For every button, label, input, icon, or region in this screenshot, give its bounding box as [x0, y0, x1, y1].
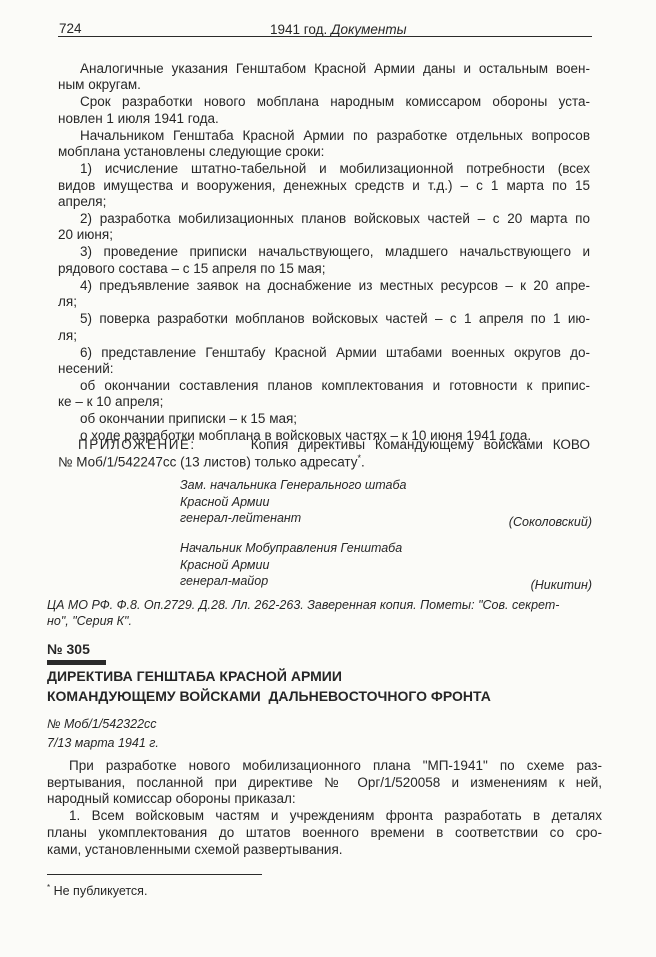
paragraph-line: об окончании приписки – к 15 мая;	[80, 411, 297, 426]
paragraph-line: ля;	[58, 294, 77, 309]
signature-title-line: генерал-лейтенант	[180, 511, 301, 525]
document-ref-number: № Моб/1/542322сс	[47, 717, 157, 731]
document-title-line-1: ДИРЕКТИВА ГЕНШТАБА КРАСНОЙ АРМИИ	[47, 668, 342, 684]
paragraph-line: 6) представление Генштабу Красной Армии …	[80, 345, 590, 360]
paragraph-line: 3) проведение приписки начальствующего, …	[80, 244, 590, 259]
paragraph-line: 2) разработка мобилизационных планов вой…	[80, 211, 590, 226]
paragraph-line: ке – к 10 апреля;	[58, 394, 163, 409]
footnote-text: Не публикуется.	[54, 884, 148, 898]
page-number: 724	[59, 21, 82, 36]
document-number-underline	[47, 660, 106, 665]
document-title-line-2: КОМАНДУЮЩЕМУ ВОЙСКАМИ ДАЛЬНЕВОСТОЧНОГО Ф…	[47, 688, 491, 704]
paragraph-line: При разработке нового мобилизационного п…	[69, 758, 602, 773]
running-title-year: 1941 год.	[270, 22, 327, 37]
paragraph-line: ками, установленными схемой развертывани…	[47, 842, 343, 857]
appendix-line-2: № Моб/1/542247сс (13 листов) только адре…	[58, 453, 365, 470]
paragraph-line: рядового состава – с 15 апреля по 15 мая…	[58, 261, 325, 276]
paragraph-line: мобплана установлены следующие сроки:	[58, 144, 324, 159]
header-rule	[58, 36, 592, 37]
paragraph-line: Аналогичные указания Генштабом Красной А…	[80, 61, 590, 76]
appendix-line-2-text: № Моб/1/542247сс (13 листов) только адре…	[58, 455, 358, 470]
signature-title-line: генерал-майор	[180, 574, 268, 588]
book-page: 724 1941 год. Документы Аналогичные указ…	[0, 0, 656, 957]
signature-title-line: Красной Армии	[180, 558, 269, 572]
paragraph-line: ля;	[58, 328, 77, 343]
source-note-line-1: ЦА МО РФ. Ф.8. Оп.2729. Д.28. Лл. 262-26…	[47, 598, 559, 612]
paragraph-line: планы укомплектования до штатов военного…	[47, 825, 602, 840]
signatory-name: (Соколовский)	[509, 515, 592, 529]
appendix-line-1: ПРИЛОЖЕНИЕ: Копия директивы Командующему…	[78, 437, 590, 452]
signature-title-line: Зам. начальника Генерального штаба	[180, 478, 406, 492]
paragraph-line: 1) исчисление штатно-табельной и мобилиз…	[80, 161, 590, 176]
signature-title-line: Красной Армии	[180, 495, 269, 509]
paragraph-line: ным округам.	[58, 77, 141, 92]
signature-title-line: Начальник Мобуправления Генштаба	[180, 541, 402, 555]
paragraph-line: об окончании составления планов комплект…	[80, 378, 590, 393]
paragraph-line: видов имущества и вооружения, денежных с…	[58, 178, 590, 193]
footnote: * Не публикуется.	[47, 883, 147, 898]
paragraph-line: несений:	[58, 361, 114, 376]
paragraph-line: новлен 1 июля 1941 года.	[58, 111, 219, 126]
paragraph-line: 5) поверка разработки мобпланов войсковы…	[80, 311, 590, 326]
document-date: 7/13 марта 1941 г.	[47, 736, 159, 750]
footnote-mark: *	[47, 883, 50, 892]
appendix-label: ПРИЛОЖЕНИЕ:	[78, 437, 196, 452]
signatory-name: (Никитин)	[531, 578, 592, 592]
appendix-text: Копия директивы Командующему войсками КО…	[251, 437, 590, 452]
paragraph-line: 4) предъявление заявок на доснабжение из…	[80, 278, 590, 293]
footnote-rule	[47, 874, 262, 875]
paragraph-line: 20 июня;	[58, 227, 113, 242]
running-title-section: Документы	[331, 22, 407, 37]
paragraph-line: апреля;	[58, 194, 106, 209]
paragraph-line: вертывания, посланной при директиве № Ор…	[47, 775, 602, 790]
source-note-line-2: но", "Серия К".	[47, 614, 132, 628]
running-title: 1941 год. Документы	[270, 22, 407, 37]
paragraph-line: 1. Всем войсковым частям и учреждениям ф…	[69, 808, 602, 823]
paragraph-line: Начальником Генштаба Красной Армии по ра…	[80, 128, 590, 143]
paragraph-line: народный комиссар обороны приказал:	[47, 791, 296, 806]
paragraph-line: Срок разработки нового мобплана народным…	[80, 94, 590, 109]
document-number: № 305	[47, 641, 90, 657]
